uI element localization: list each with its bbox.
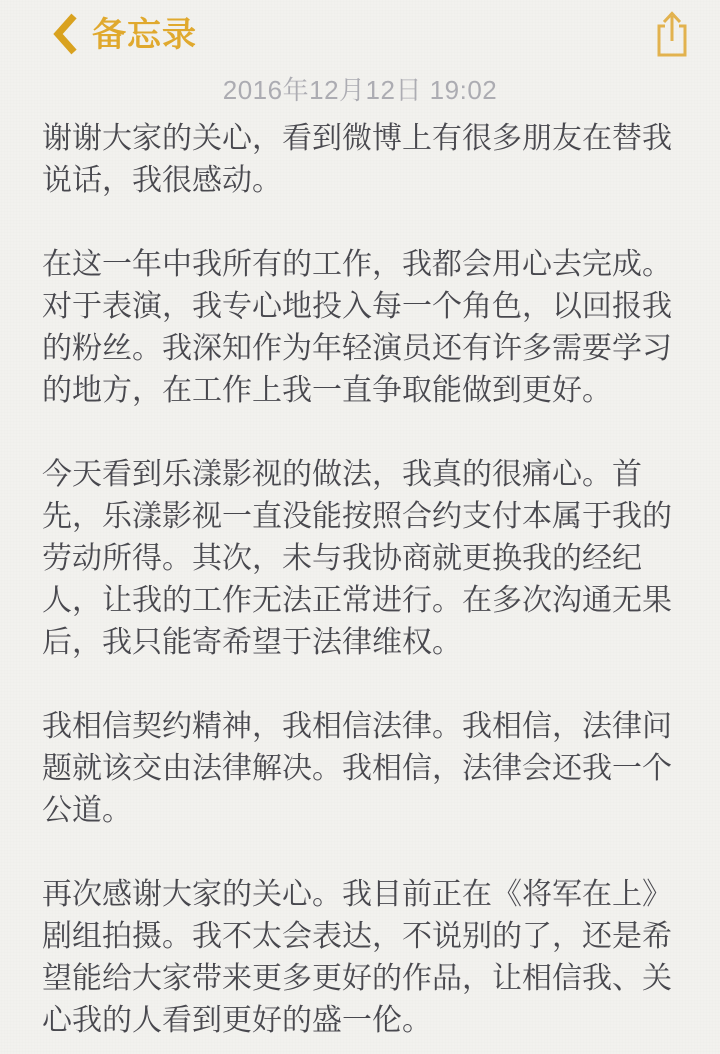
note-paragraph: 我相信契约精神，我相信法律。我相信，法律问题就该交由法律解决。我相信，法律会还我… <box>42 706 688 832</box>
share-button[interactable] <box>650 6 694 64</box>
notes-app-page: 备忘录 2016年12月12日 19:02 谢谢大家的关心，看到微博上有很多朋友… <box>0 0 720 1054</box>
note-body[interactable]: 谢谢大家的关心，看到微博上有很多朋友在替我说话，我很感动。在这一年中我所有的工作… <box>42 118 690 1042</box>
back-button[interactable]: 备忘录 <box>52 12 197 56</box>
chevron-left-icon <box>52 12 78 56</box>
back-button-label: 备忘录 <box>92 16 197 52</box>
note-paragraph: 再次感谢大家的关心。我目前正在《将军在上》剧组拍摄。我不太会表达，不说别的了，还… <box>42 874 688 1042</box>
nav-bar: 备忘录 <box>0 0 720 68</box>
share-icon <box>652 9 692 61</box>
note-paragraph: 谢谢大家的关心，看到微博上有很多朋友在替我说话，我很感动。 <box>42 118 688 202</box>
note-paragraph: 在这一年中我所有的工作，我都会用心去完成。对于表演，我专心地投入每一个角色，以回… <box>42 244 688 412</box>
note-date: 2016年12月12日 19:02 <box>0 74 720 106</box>
note-paragraph: 今天看到乐漾影视的做法，我真的很痛心。首先，乐漾影视一直没能按照合约支付本属于我… <box>42 454 688 664</box>
